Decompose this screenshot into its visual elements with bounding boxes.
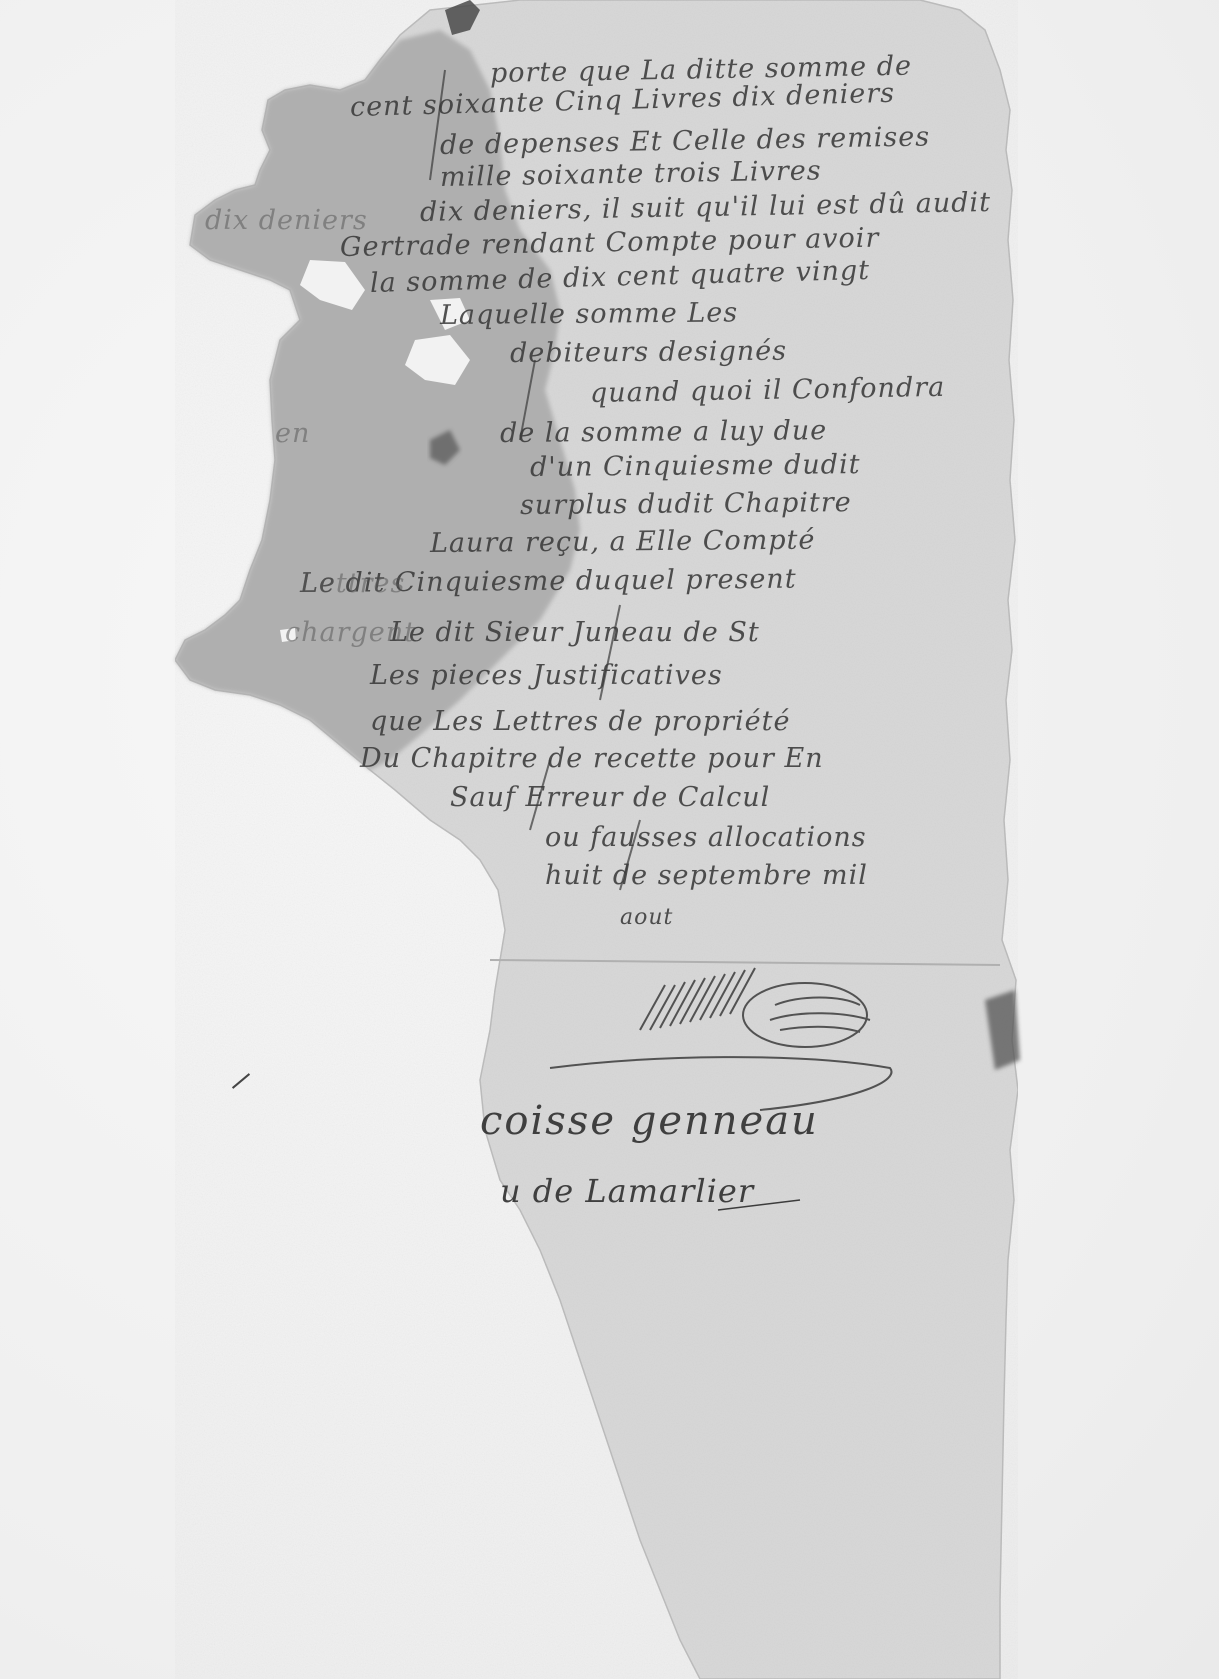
manuscript-line: de la somme a luy due <box>500 415 827 449</box>
manuscript-fragment-line: en <box>275 418 310 449</box>
manuscript-line: quand quoi il Confondra <box>590 372 946 409</box>
manuscript-line: debiteurs designés <box>510 336 787 369</box>
manuscript-line: aout <box>620 905 673 930</box>
manuscript-fragment-line: Lettres <box>300 568 405 599</box>
signature-line-1: coisse genneau <box>480 1098 819 1144</box>
manuscript-line: ou fausses allocations <box>545 822 867 853</box>
manuscript-line: d'un Cinquiesme dudit <box>530 449 861 483</box>
manuscript-line: Du Chapitre de recette pour En <box>360 743 824 774</box>
manuscript-fragment-line: chargent <box>285 617 416 648</box>
manuscript-line: huit de septembre mil <box>545 860 868 891</box>
manuscript-line: que Les Lettres de propriété <box>370 706 790 737</box>
manuscript-line: Le dit Sieur Juneau de St <box>390 617 760 648</box>
manuscript-line: Laquelle somme Les <box>440 297 738 331</box>
signature-line-2: u de Lamarlier <box>500 1172 754 1210</box>
manuscript-line: surplus dudit Chapitre <box>520 487 852 521</box>
manuscript-line: Sauf Erreur de Calcul <box>450 782 770 813</box>
manuscript-line: Les pieces Justificatives <box>370 660 723 691</box>
manuscript-fragment-line: dix deniers <box>205 205 368 236</box>
manuscript-line: Laura reçu, a Elle Compté <box>430 525 816 559</box>
